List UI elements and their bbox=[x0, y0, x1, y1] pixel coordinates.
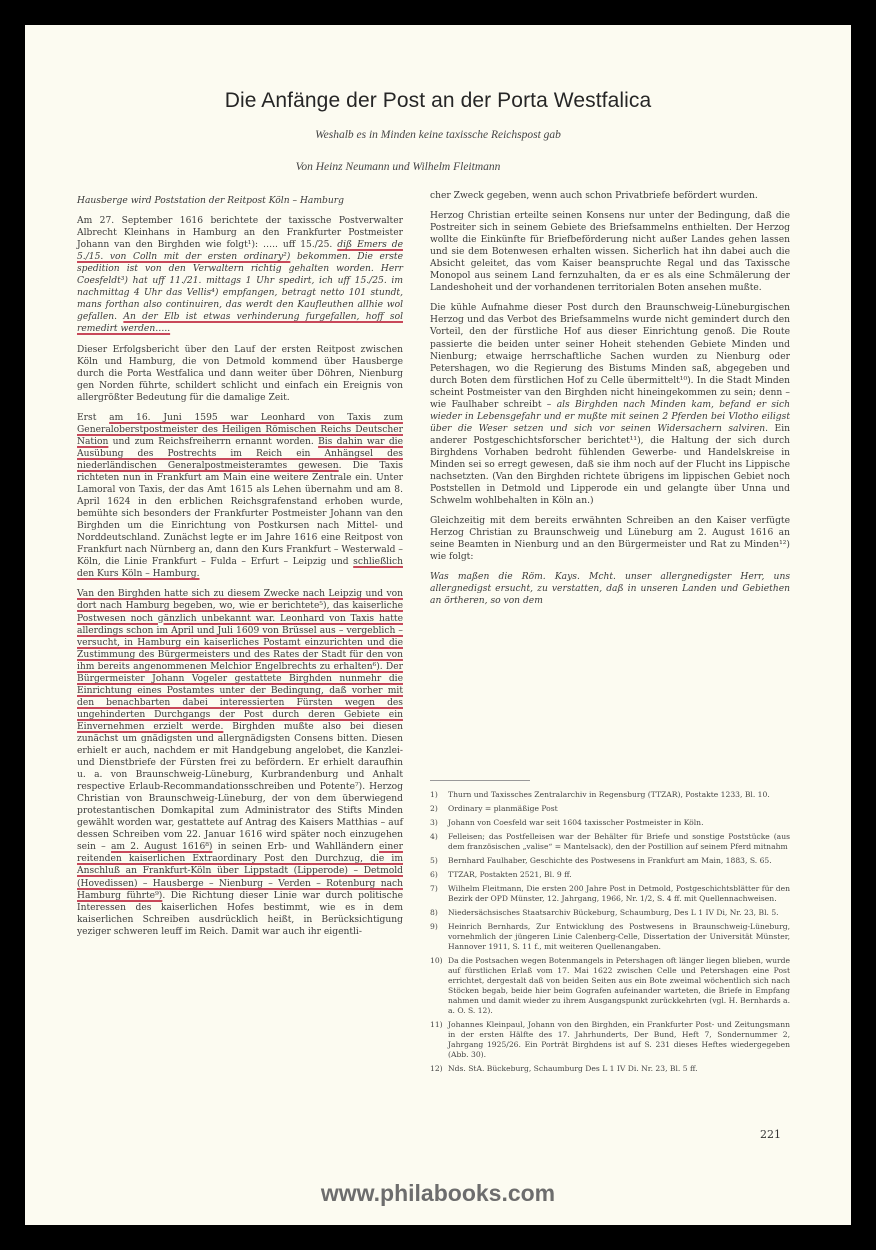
footnote-text: Ordinary = planmäßige Post bbox=[448, 804, 790, 814]
paragraph-1: Am 27. September 1616 berichtete der tax… bbox=[77, 215, 403, 335]
footnote-text: Bernhard Faulhaber, Geschichte des Postw… bbox=[448, 856, 790, 866]
text-run: in seinen Erb- und Wahlländern bbox=[212, 842, 379, 852]
paragraph-6: Herzog Christian erteilte seinen Konsens… bbox=[430, 210, 790, 294]
footnote-text: Heinrich Bernhards, Zur Entwicklung des … bbox=[448, 922, 790, 952]
footnote-number: 5) bbox=[430, 856, 448, 866]
text-run: Die kühle Aufnahme dieser Post durch den… bbox=[430, 303, 790, 409]
footnote: 11)Johannes Kleinpaul, Johann von den Bi… bbox=[430, 1020, 790, 1060]
paragraph-9: Was maßen die Röm. Kays. Mcht. unser all… bbox=[430, 571, 790, 607]
footnote-text: Johannes Kleinpaul, Johann von den Birgh… bbox=[448, 1020, 790, 1060]
footnote-text: Da die Postsachen wegen Botenmangels in … bbox=[448, 956, 790, 1016]
footnote-text: Johann von Coesfeld war seit 1604 taxiss… bbox=[448, 818, 790, 828]
footnote: 5)Bernhard Faulhaber, Geschichte des Pos… bbox=[430, 856, 790, 866]
paragraph-5: cher Zweck gegeben, wenn auch schon Priv… bbox=[430, 190, 790, 202]
watermark-url: www.philabooks.com bbox=[0, 1180, 876, 1207]
article-subtitle: Weshalb es in Minden keine taxissche Rei… bbox=[25, 129, 851, 141]
text-run: und zum Reichsfreiherrn ernannt worden. bbox=[108, 437, 318, 447]
underlined-text: An der Elb ist etwas verhinderung furgef… bbox=[77, 312, 403, 334]
footnote-text: Niedersächsisches Staatsarchiv Bückeburg… bbox=[448, 908, 790, 918]
section-heading: Hausberge wird Poststation der Reitpost … bbox=[77, 195, 403, 207]
footnote-number: 11) bbox=[430, 1020, 448, 1060]
paragraph-4: Van den Birghden hatte sich zu diesem Zw… bbox=[77, 588, 403, 937]
footnote-divider bbox=[430, 780, 530, 781]
footnote: 10)Da die Postsachen wegen Botenmangels … bbox=[430, 956, 790, 1016]
footnote: 12)Nds. StA. Bückeburg, Schaumburg Des L… bbox=[430, 1064, 790, 1074]
footnote-text: TTZAR, Postakten 2521, Bl. 9 ff. bbox=[448, 870, 790, 880]
paragraph-3: Erst am 16. Juni 1595 war Leonhard von T… bbox=[77, 412, 403, 581]
footnote-number: 10) bbox=[430, 956, 448, 1016]
footnote-number: 4) bbox=[430, 832, 448, 852]
footnote-text: Thurn und Taxissches Zentralarchiv in Re… bbox=[448, 790, 790, 800]
page-number: 221 bbox=[760, 1128, 781, 1141]
footnote: 3)Johann von Coesfeld war seit 1604 taxi… bbox=[430, 818, 790, 828]
footnote: 6)TTZAR, Postakten 2521, Bl. 9 ff. bbox=[430, 870, 790, 880]
paragraph-7: Die kühle Aufnahme dieser Post durch den… bbox=[430, 302, 790, 507]
footnote-text: Wilhelm Fleitmann, Die ersten 200 Jahre … bbox=[448, 884, 790, 904]
footnote: 7)Wilhelm Fleitmann, Die ersten 200 Jahr… bbox=[430, 884, 790, 904]
right-column: cher Zweck gegeben, wenn auch schon Priv… bbox=[430, 190, 790, 616]
text-run: Ein anderer Postgeschichtsforscher beric… bbox=[430, 424, 790, 506]
footnote: 4)Felleisen; das Postfelleisen war der B… bbox=[430, 832, 790, 852]
paragraph-2: Dieser Erfolgsbericht über den Lauf der … bbox=[77, 344, 403, 404]
text-run: . Die Taxis richteten nun in Frankfurt a… bbox=[77, 461, 403, 567]
footnote-number: 3) bbox=[430, 818, 448, 828]
footnote: 9)Heinrich Bernhards, Zur Entwicklung de… bbox=[430, 922, 790, 952]
text-run: Birghden mußte also bei diesen zunächst … bbox=[77, 722, 403, 852]
footnote: 1)Thurn und Taxissches Zentralarchiv in … bbox=[430, 790, 790, 800]
footnote-number: 1) bbox=[430, 790, 448, 800]
footnote-number: 2) bbox=[430, 804, 448, 814]
footnote-text: Felleisen; das Postfelleisen war der Beh… bbox=[448, 832, 790, 852]
footnote-number: 8) bbox=[430, 908, 448, 918]
text-run: Erst bbox=[77, 413, 109, 423]
footnote: 8)Niedersächsisches Staatsarchiv Bückebu… bbox=[430, 908, 790, 918]
footnote-number: 9) bbox=[430, 922, 448, 952]
underlined-text: am 2. August 1616⁸) bbox=[111, 842, 213, 852]
footnote: 2)Ordinary = planmäßige Post bbox=[430, 804, 790, 814]
footnote-number: 12) bbox=[430, 1064, 448, 1074]
footnote-number: 6) bbox=[430, 870, 448, 880]
footnote-text: Nds. StA. Bückeburg, Schaumburg Des L 1 … bbox=[448, 1064, 790, 1074]
footnotes: 1)Thurn und Taxissches Zentralarchiv in … bbox=[430, 790, 790, 1078]
footnote-number: 7) bbox=[430, 884, 448, 904]
paragraph-8: Gleichzeitig mit dem bereits erwähnten S… bbox=[430, 515, 790, 563]
article-authors: Von Heinz Neumann und Wilhelm Fleitmann bbox=[0, 161, 811, 173]
article-title: Die Anfänge der Post an der Porta Westfa… bbox=[25, 89, 851, 113]
document-page: Die Anfänge der Post an der Porta Westfa… bbox=[25, 25, 851, 1225]
left-column: Hausberge wird Poststation der Reitpost … bbox=[77, 195, 403, 946]
underlined-text: Van den Birghden hatte sich zu diesem Zw… bbox=[77, 589, 403, 732]
